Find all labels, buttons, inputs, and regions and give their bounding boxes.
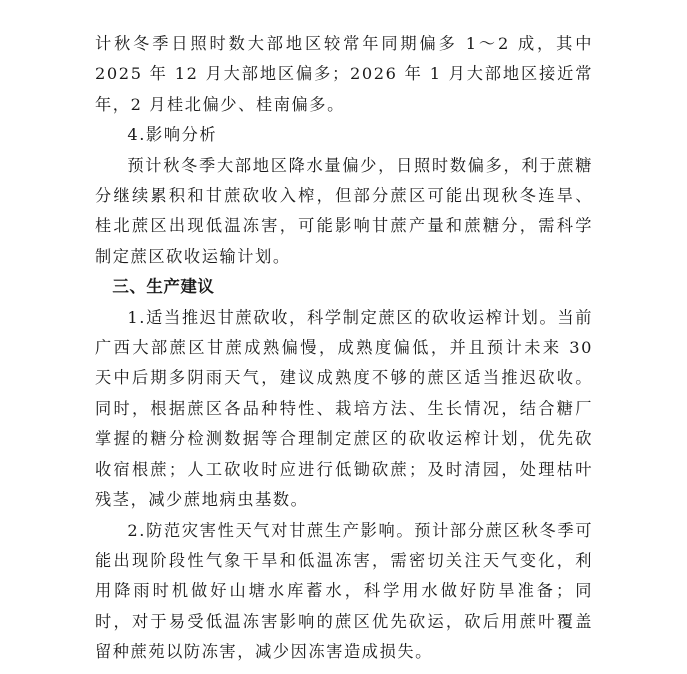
section-heading-production-advice: 三、生产建议 (95, 272, 593, 302)
paragraph-advice-delay-harvest: 1.适当推迟甘蔗砍收，科学制定蔗区的砍收运榨计划。当前广西大部蔗区甘蔗成熟偏慢，… (95, 303, 593, 516)
paragraph-sunshine-forecast-continuation: 计秋冬季日照时数大部地区较常年同期偏多 1～2 成，其中 2025 年 12 月… (95, 29, 593, 120)
paragraph-impact-analysis: 预计秋冬季大部地区降水量偏少，日照时数偏多，利于蔗糖分继续累积和甘蔗砍收入榨，但… (95, 151, 593, 273)
document-page: 计秋冬季日照时数大部地区较常年同期偏多 1～2 成，其中 2025 年 12 月… (95, 29, 593, 668)
paragraph-advice-disaster-prevention: 2.防范灾害性天气对甘蔗生产影响。预计部分蔗区秋冬季可能出现阶段性气象干旱和低温… (95, 516, 593, 668)
subheading-impact-analysis: 4.影响分析 (95, 120, 593, 150)
